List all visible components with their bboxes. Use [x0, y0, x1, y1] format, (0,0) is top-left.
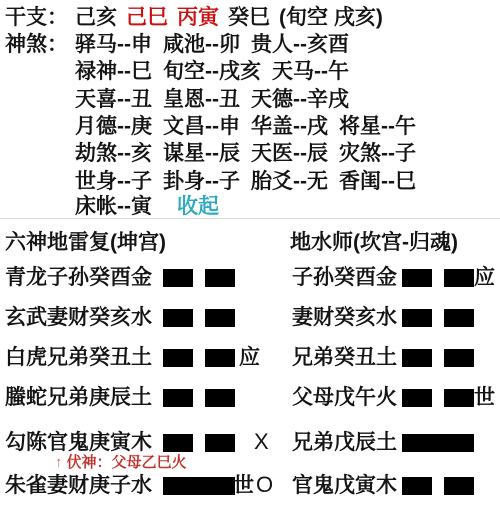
- moving-yin-marker: X: [254, 430, 269, 454]
- yin-line-symbol: [402, 477, 474, 495]
- xunkong-note: (旬空 戌亥): [279, 6, 383, 29]
- line-text: 兄弟癸丑土: [292, 346, 397, 369]
- ying-marker: 应: [239, 346, 260, 369]
- shensha-row-6: 世身--子卦身--子胎爻--无香闺--巳: [75, 170, 427, 193]
- shensha-row-4: 月德--庚文昌--申华盖--戌将星--午: [75, 115, 427, 138]
- hexagram-line-row: 朱雀妻财庚子水 世 O: [5, 474, 290, 497]
- hexagram-line-row: 子孙癸酉金 应: [292, 266, 497, 289]
- yin-line-symbol: [163, 269, 235, 287]
- line-text: 螣蛇兄弟庚辰土: [5, 386, 152, 409]
- shensha-item: 灾煞--子: [339, 142, 416, 165]
- shi-marker: 世: [474, 386, 495, 409]
- yin-line-symbol: [163, 349, 235, 367]
- shensha-item: 劫煞--亥: [75, 142, 152, 165]
- line-text: 青龙子孙癸酉金: [5, 266, 152, 289]
- line-text: 妻财癸亥水: [292, 306, 397, 329]
- shensha-item: 世身--子: [75, 170, 152, 193]
- line-text: 父母戊午火: [292, 386, 397, 409]
- yin-line-symbol: [402, 349, 474, 367]
- shensha-item: 香闺--巳: [339, 170, 416, 193]
- left-hexagram-column: 青龙子孙癸酉金 玄武妻财癸亥水 白虎兄弟癸丑土 应 螣蛇兄弟庚辰土 勾陈官鬼庚寅…: [5, 264, 290, 509]
- pillar-hour: 癸巳: [228, 6, 270, 29]
- yin-line-symbol: [402, 269, 474, 287]
- hexagram-line-row: 父母戊午火 世: [292, 386, 497, 409]
- left-hexagram-title: 六神地雷复(坤宫): [5, 231, 166, 254]
- line-text: 白虎兄弟癸丑土: [5, 346, 152, 369]
- shensha-item: 胎爻--无: [251, 170, 328, 193]
- yin-line-symbol: [402, 309, 474, 327]
- yin-line-symbol: [163, 389, 235, 407]
- hexagram-line-row: 勾陈官鬼庚寅木 X: [5, 431, 290, 454]
- shensha-item: 卦身--子: [163, 170, 240, 193]
- hexagram-line-row: 妻财癸亥水: [292, 306, 497, 329]
- right-hexagram-column: 子孙癸酉金 应 妻财癸亥水 兄弟癸丑土 父母戊午火 世 兄弟戊辰土 官鬼戊寅木: [292, 264, 497, 509]
- shensha-item: 天医--辰: [251, 142, 328, 165]
- shensha-item: 华盖--戌: [251, 115, 328, 138]
- line-text: 官鬼戊寅木: [292, 474, 397, 497]
- shensha-item: 天马--午: [272, 60, 349, 83]
- collapse-link[interactable]: 收起: [177, 195, 219, 218]
- yang-line-symbol: [402, 434, 474, 452]
- line-text: 玄武妻财癸亥水: [5, 306, 152, 329]
- shensha-item: 床帐--寅: [75, 195, 152, 218]
- yin-line-symbol: [163, 434, 235, 452]
- yin-line-symbol: [402, 389, 474, 407]
- up-arrow-icon: ↑: [55, 454, 63, 471]
- shensha-item: 咸池--卯: [163, 33, 240, 56]
- shensha-item: 贵人--亥酉: [251, 33, 349, 56]
- hexagram-line-row: 官鬼戊寅木: [292, 474, 497, 497]
- shensha-item: 天德--辛戌: [251, 88, 349, 111]
- shensha-item: 文昌--申: [163, 115, 240, 138]
- shensha-item: 驿马--申: [75, 33, 152, 56]
- line-text: 兄弟戊辰土: [292, 431, 397, 454]
- pillar-month: 己巳: [126, 6, 168, 29]
- liuyao-app-screen: 干支：己亥己巳丙寅癸巳(旬空 戌亥) 神煞：驿马--申咸池--卯贵人--亥酉 禄…: [0, 0, 500, 509]
- yang-line-symbol: [163, 477, 235, 495]
- shensha-item: 将星--午: [339, 115, 416, 138]
- shensha-item: 月德--庚: [75, 115, 152, 138]
- shensha-item: 谋星--辰: [163, 142, 240, 165]
- moving-yang-marker: O: [256, 473, 273, 497]
- ganzhi-row: 干支：己亥己巳丙寅癸巳(旬空 戌亥): [5, 6, 383, 29]
- yin-line-symbol: [163, 309, 235, 327]
- hidden-spirit-text: 伏神：父母乙巳火: [67, 454, 187, 471]
- line-text: 勾陈官鬼庚寅木: [5, 431, 152, 454]
- right-hexagram-title: 地水师(坎宫-归魂): [290, 231, 458, 254]
- hexagram-line-row: 螣蛇兄弟庚辰土: [5, 386, 290, 409]
- ying-marker: 应: [474, 266, 495, 289]
- shensha-row-1: 神煞：驿马--申咸池--卯贵人--亥酉: [5, 33, 360, 56]
- hidden-spirit-annotation: ↑伏神：父母乙巳火: [55, 454, 187, 471]
- section-divider: [0, 218, 500, 219]
- shi-marker: 世: [233, 474, 254, 497]
- line-text: 子孙癸酉金: [292, 266, 397, 289]
- hexagram-line-row: 兄弟戊辰土: [292, 431, 497, 454]
- shensha-item: 天喜--丑: [75, 88, 152, 111]
- pillar-day: 丙寅: [177, 6, 219, 29]
- shensha-row-5: 劫煞--亥谋星--辰天医--辰灾煞--子: [75, 142, 427, 165]
- hexagram-line-row: 玄武妻财癸亥水: [5, 306, 290, 329]
- shensha-row-7: 床帐--寅收起: [75, 195, 219, 218]
- hexagram-line-row: 兄弟癸丑土: [292, 346, 497, 369]
- ganzhi-label: 干支：: [5, 6, 75, 29]
- shensha-item: 旬空--戌亥: [163, 60, 261, 83]
- shensha-row-3: 天喜--丑皇恩--丑天德--辛戌: [75, 88, 360, 111]
- shensha-item: 禄神--巳: [75, 60, 152, 83]
- pillar-year: 己亥: [75, 6, 117, 29]
- shensha-row-2: 禄神--巳旬空--戌亥天马--午: [75, 60, 360, 83]
- shensha-label: 神煞：: [5, 33, 75, 56]
- hexagram-line-row: 青龙子孙癸酉金: [5, 266, 290, 289]
- line-text: 朱雀妻财庚子水: [5, 474, 152, 497]
- shensha-item: 皇恩--丑: [163, 88, 240, 111]
- hexagram-line-row: 白虎兄弟癸丑土 应: [5, 346, 290, 369]
